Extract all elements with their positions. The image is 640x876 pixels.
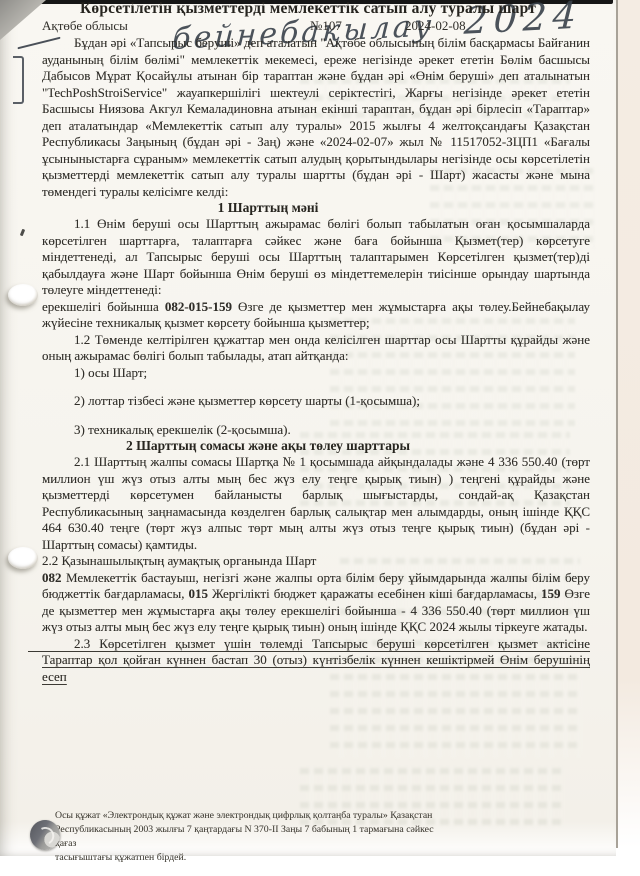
budget-subprogram-code: 015: [189, 586, 209, 601]
list-item-3: 3) техникалық ерекшелік (2-қосымша).: [42, 422, 590, 439]
punch-hole-top: [8, 284, 38, 306]
clause-2-1: 2.1 Шарттың жалпы сомасы Шартқа № 1 қосы…: [42, 454, 590, 553]
intro-paragraph: Бұдан әрі «Тапсырыс беруші» деп аталатын…: [42, 35, 590, 200]
staple-mark-artifact: [13, 56, 24, 104]
document-body: Көрсетілетін қызметтерді мемлекеттік сат…: [42, 0, 590, 685]
clause-2-3: 2.3 Көрсетілген қызмет үшін төлемді Тапс…: [42, 636, 590, 686]
budget-specificity-code-2: 159: [541, 586, 561, 601]
digital-signature-note: Осы құжат «Электрондық құжат және электр…: [55, 809, 457, 865]
clause-1-2: 1.2 Төменде келтірілген құжаттар мен онд…: [42, 332, 590, 365]
budget-specificity-code: 082-015-159: [165, 299, 232, 314]
list-item-1: 1) осы Шарт;: [42, 365, 590, 382]
ink-speck-artifact: [20, 229, 25, 237]
clause-2-2-intro: 2.2 Қазынашылықтың аумақтық органында Ша…: [42, 553, 590, 570]
section-1-heading: 1 Шарттың мәні: [0, 200, 542, 216]
document-meta-row: Ақтөбе облысы №107 2024-02-08: [42, 18, 590, 35]
scanned-contract-page: бейнебақылау 2024 Көрсетілетін қызметтер…: [0, 0, 640, 876]
budget-program-code: 082: [42, 570, 62, 585]
clause-2-2: 2.2 Қазынашылықтың аумақтық органында Ша…: [42, 553, 590, 636]
document-title: Көрсетілетін қызметтерді мемлекеттік сат…: [34, 0, 582, 18]
digital-signature-note-line2: Республикасының 2003 жылғы 7 қаңтардағы …: [55, 823, 457, 851]
clause-1-1: 1.1 Өнім беруші осы Шарттың ажырамас бөл…: [42, 216, 590, 299]
digital-signature-note-line3: тасығыштағы құжатпен бірдей.: [55, 851, 457, 865]
list-item-2: 2) лоттар тізбесі және қызметтер көрсету…: [42, 393, 590, 410]
clause-specificity: ерекшелігі бойынша 082-015-159 Өзге де қ…: [42, 299, 590, 332]
clause-2-2-text-2: Жергілікті бюджет қаражаты есебінен кіші…: [208, 586, 541, 601]
section-2-heading: 2 Шарттың сомасы және ақы төлеу шарттары: [0, 438, 542, 454]
region-label: Ақтөбе облысы: [42, 18, 128, 34]
punch-hole-bottom: [8, 547, 38, 569]
contract-date: 2024-02-08: [405, 18, 466, 34]
specificity-prefix: ерекшелігі бойынша: [42, 299, 165, 314]
digital-signature-note-line1: Осы құжат «Электрондық құжат және электр…: [55, 809, 457, 823]
contract-number: №107: [310, 18, 342, 34]
scan-background-strip: [616, 0, 640, 848]
paper-sheet: бейнебақылау 2024 Көрсетілетін қызметтер…: [0, 0, 616, 856]
